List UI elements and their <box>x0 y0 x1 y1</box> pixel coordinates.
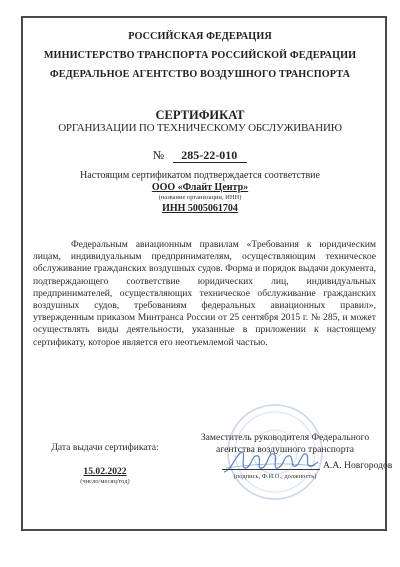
ministry-header: МИНИСТЕРСТВО ТРАНСПОРТА РОССИЙСКОЙ ФЕДЕР… <box>0 50 400 61</box>
signature-icon <box>222 446 322 476</box>
certificate-number-row: № 285-22-010 <box>0 148 400 163</box>
country-header: РОССИЙСКАЯ ФЕДЕРАЦИЯ <box>0 31 400 42</box>
agency-header: ФЕДЕРАЛЬНОЕ АГЕНТСТВО ВОЗДУШНОГО ТРАНСПО… <box>0 69 400 80</box>
certificate-number: 285-22-010 <box>173 149 247 163</box>
organization-name-row: ООО «Флайт Центр» <box>0 182 400 193</box>
issue-date: 15.02.2022 <box>83 466 126 477</box>
inn-value: ИНН 5005061704 <box>162 203 238 214</box>
certificate-subtitle: ОРГАНИЗАЦИИ ПО ТЕХНИЧЕСКОМУ ОБСЛУЖИВАНИЮ <box>0 122 400 134</box>
issue-date-row: 15.02.2022 <box>30 466 180 477</box>
inn-row: ИНН 5005061704 <box>0 203 400 214</box>
number-sign: № <box>153 148 164 162</box>
issue-date-caption: (число/месяц/год) <box>30 478 180 485</box>
organization-caption: (название организации, ИНН) <box>0 194 400 201</box>
certificate-body: Федеральным авиационным правилам «Требов… <box>33 239 376 349</box>
confirm-statement: Настоящим сертификатом подтверждается со… <box>0 170 400 181</box>
signature-line <box>222 469 320 470</box>
signature-caption: (подпись, Ф.И.О., должность) <box>225 473 325 480</box>
issue-date-label: Дата выдачи сертификата: <box>30 442 180 453</box>
organization-name: ООО «Флайт Центр» <box>152 182 248 193</box>
certificate-title: СЕРТИФИКАТ <box>0 108 400 123</box>
signer-position-line1: Заместитель руководителя Федерального <box>185 432 385 444</box>
signer-name: А.А. Новгородов <box>323 460 392 471</box>
